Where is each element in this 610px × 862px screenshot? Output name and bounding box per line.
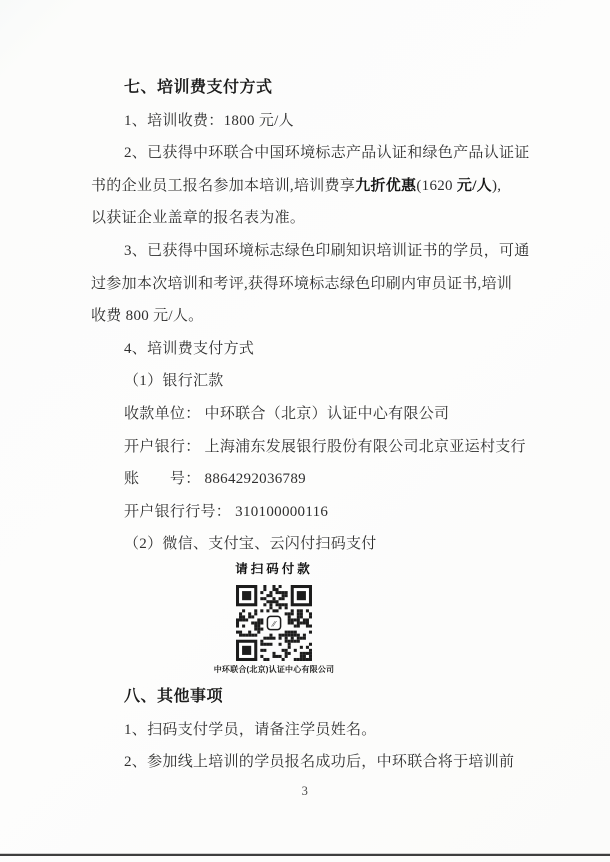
qr-caption: 中环联合(北京)认证中心有限公司 xyxy=(196,664,352,675)
text-line: 收款单位： 中环联合（北京）认证中心有限公司 xyxy=(91,398,570,431)
section-training-fee-payment: 七、培训费支付方式1、培训收费：1800 元/人2、已获得中环联合中国环境标志产… xyxy=(91,72,570,561)
section-heading: 七、培训费支付方式 xyxy=(91,72,570,105)
text-line: 过参加本次培训和考评,获得环境标志绿色印刷内审员证书,培训 xyxy=(91,268,570,301)
text-line: 账 号： 8864292036789 xyxy=(91,463,570,496)
text-line: 以获证企业盖章的报名表为准。 xyxy=(91,202,570,235)
scan-edge-line xyxy=(0,854,610,856)
text-line: 4、培训费支付方式 xyxy=(91,333,570,366)
text-line: 开户银行行号： 310100000116 xyxy=(91,496,570,529)
page-number: 3 xyxy=(0,784,610,799)
text-line: 书的企业员工报名参加本培训,培训费享九折优惠(1620 元/人), xyxy=(91,170,570,203)
text-line: （2）微信、支付宝、云闪付扫码支付 xyxy=(91,528,570,561)
qr-code-svg: ⁄⁄ xyxy=(236,585,312,661)
qr-title: 请扫码付款 xyxy=(196,560,352,578)
text-line: 1、培训收费：1800 元/人 xyxy=(91,105,570,138)
section-other-matters: 八、其他事项1、扫码支付学员，请备注学员姓名。2、参加线上培训的学员报名成功后，… xyxy=(91,681,570,779)
qr-code-icon: ⁄⁄ xyxy=(196,585,352,663)
text-line: 1、扫码支付学员，请备注学员姓名。 xyxy=(91,714,570,747)
text-line: 2、已获得中环联合中国环境标志产品认证和绿色产品认证证 xyxy=(91,137,570,170)
text-line: 3、已获得中国环境标志绿色印刷知识培训证书的学员，可通 xyxy=(91,235,570,268)
qr-payment-block: 请扫码付款 ⁄⁄ 中环联合(北京)认证中心有限公司 xyxy=(196,560,352,675)
text-line: （1）银行汇款 xyxy=(91,365,570,398)
section-heading: 八、其他事项 xyxy=(91,681,570,714)
text-line: 收费 800 元/人。 xyxy=(91,300,570,333)
text-line: 2、参加线上培训的学员报名成功后，中环联合将于培训前 xyxy=(91,746,570,779)
scanned-document-page: 七、培训费支付方式1、培训收费：1800 元/人2、已获得中环联合中国环境标志产… xyxy=(0,0,610,862)
text-line: 开户银行： 上海浦东发展银行股份有限公司北京亚运村支行 xyxy=(91,431,570,464)
